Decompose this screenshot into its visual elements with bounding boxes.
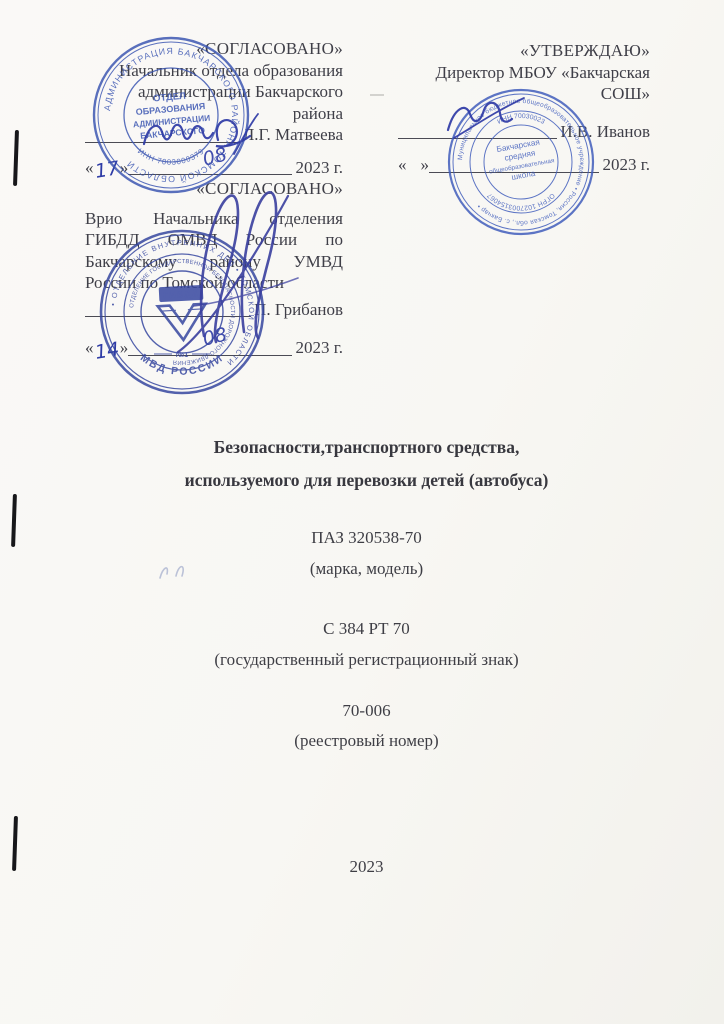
registry-number-value: 70-006 <box>0 701 724 721</box>
year-label: 2023 г. <box>295 157 343 179</box>
approve-heading: «УТВЕРЖДАЮ» <box>398 40 650 62</box>
quote-open: « <box>85 337 94 359</box>
reg-plate-value: С 384 РТ 70 <box>0 619 724 639</box>
signature-matveeva-ink <box>138 112 278 160</box>
registry-number-caption: (реестровый номер) <box>0 731 724 751</box>
signature-gribanov-ink <box>170 178 320 360</box>
scan-edge-mark <box>13 130 19 186</box>
scanned-document-page: «СОГЛАСОВАНО» Начальник отдела образован… <box>0 0 724 1024</box>
stray-pen-mark <box>150 548 194 588</box>
quote-close: » <box>421 154 430 176</box>
doc-title-line-2: используемого для перевозки детей (автоб… <box>0 470 724 491</box>
document-year: 2023 <box>0 857 724 877</box>
quote-open: « <box>398 154 407 176</box>
signature-ivanov-ink <box>440 94 544 146</box>
year-label: 2023 г. <box>602 154 650 176</box>
vehicle-model-caption: (марка, модель) <box>0 559 724 579</box>
reg-plate-caption: (государственный регистрационный знак) <box>0 650 724 670</box>
scan-speck <box>370 94 384 96</box>
stamp-ogrn-text: ОГРН 1027003154067 <box>486 191 556 211</box>
vehicle-model-value: ПАЗ 320538-70 <box>0 528 724 548</box>
director-role-line: Директор МБОУ «Бакчарская <box>398 62 650 84</box>
doc-title-line-1: Безопасности,транспортного средства, <box>0 437 724 458</box>
